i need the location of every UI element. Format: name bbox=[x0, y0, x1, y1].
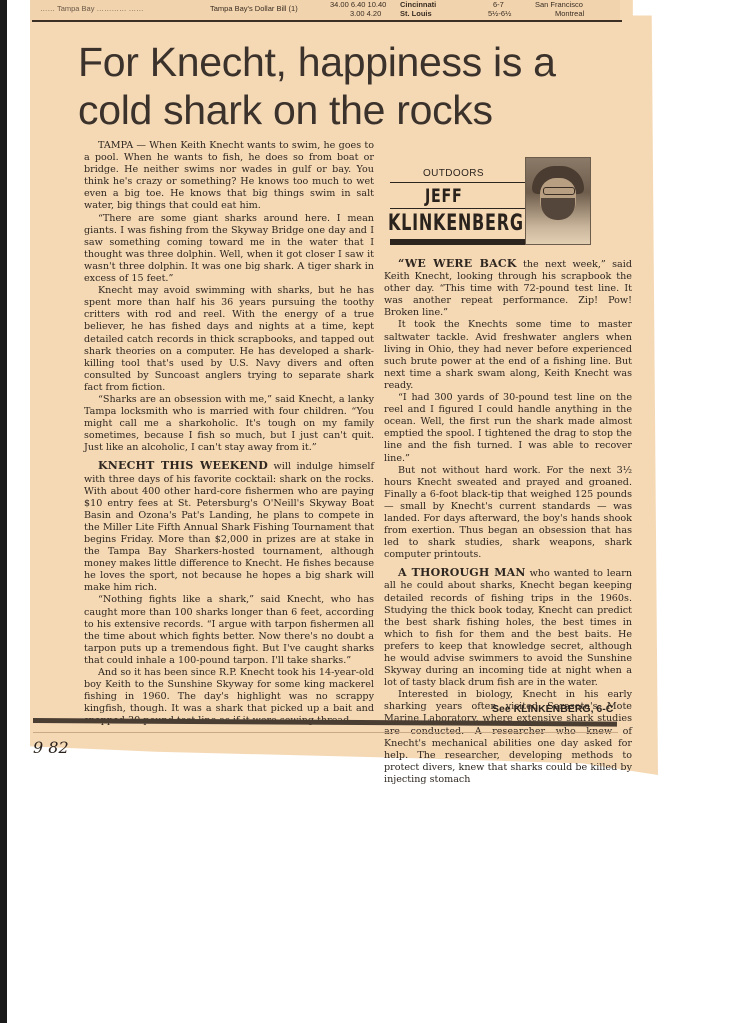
section-lead: KNECHT THIS WEEKEND bbox=[98, 459, 268, 472]
scores-values-1: 34.00 6.40 10.40 bbox=[330, 0, 386, 9]
headline: For Knecht, happiness is a cold shark on… bbox=[78, 38, 638, 134]
continuation-reference: See KLINKENBERG, 6-C bbox=[492, 703, 613, 715]
paragraph: “I had 300 yards of 30-pound test line o… bbox=[384, 392, 632, 465]
scores-values-2: 3.00 4.20 bbox=[350, 9, 381, 18]
paragraph: But not without hard work. For the next … bbox=[384, 465, 632, 562]
top-rule bbox=[32, 20, 622, 22]
paragraph: “There are some giant sharks around here… bbox=[84, 213, 374, 286]
paragraph: TAMPA — When Keith Knecht wants to swim,… bbox=[84, 140, 374, 213]
author-last-name: KLINKENBERG bbox=[388, 211, 524, 236]
section-paragraph: “WE WERE BACK the next week,” said Keith… bbox=[384, 258, 632, 319]
team-st-louis: St. Louis bbox=[400, 9, 432, 18]
byline-rule bbox=[390, 208, 525, 209]
author-first-name: JEFF bbox=[425, 185, 463, 207]
thin-rule bbox=[33, 732, 618, 733]
article-column-1: TAMPA — When Keith Knecht wants to swim,… bbox=[84, 140, 374, 728]
paragraph-text: who wanted to learn all he could about s… bbox=[384, 568, 632, 688]
scan-left-border bbox=[0, 0, 7, 1023]
photo-beard bbox=[541, 198, 575, 220]
paragraph: “Sharks are an obsession with me,” said … bbox=[84, 394, 374, 454]
section-paragraph: KNECHT THIS WEEKEND will indulge himself… bbox=[84, 460, 374, 594]
columnist-photo bbox=[525, 157, 591, 245]
sports-scores-strip: …… Tampa Bay ………… …… Tampa Bay's Dollar … bbox=[40, 0, 620, 22]
paragraph-text: will indulge himself with three days of … bbox=[84, 461, 374, 593]
paragraph: Knecht may avoid swimming with sharks, b… bbox=[84, 285, 374, 394]
paragraph: “Nothing fights like a shark,” said Knec… bbox=[84, 594, 374, 667]
odds-1: 6-7 bbox=[493, 0, 504, 9]
team-san-francisco: San Francisco bbox=[535, 0, 583, 9]
handwritten-date: 9 82 bbox=[33, 738, 69, 757]
team-montreal: Montreal bbox=[555, 9, 584, 18]
photo-glasses bbox=[543, 187, 575, 195]
scores-fragment-left: …… Tampa Bay ………… …… bbox=[40, 4, 144, 13]
section-lead: “WE WERE BACK bbox=[398, 257, 517, 270]
section-label: OUTDOORS bbox=[423, 168, 484, 179]
section-lead: A THOROUGH MAN bbox=[398, 566, 526, 579]
section-paragraph: A THOROUGH MAN who wanted to learn all h… bbox=[384, 567, 632, 689]
byline-rule bbox=[390, 182, 525, 183]
team-cincinnati: Cincinnati bbox=[400, 0, 436, 9]
odds-2: 5½-6½ bbox=[488, 9, 511, 18]
scores-entry: Tampa Bay's Dollar Bill (1) bbox=[210, 4, 298, 13]
paragraph: It took the Knechts some time to master … bbox=[384, 319, 632, 392]
